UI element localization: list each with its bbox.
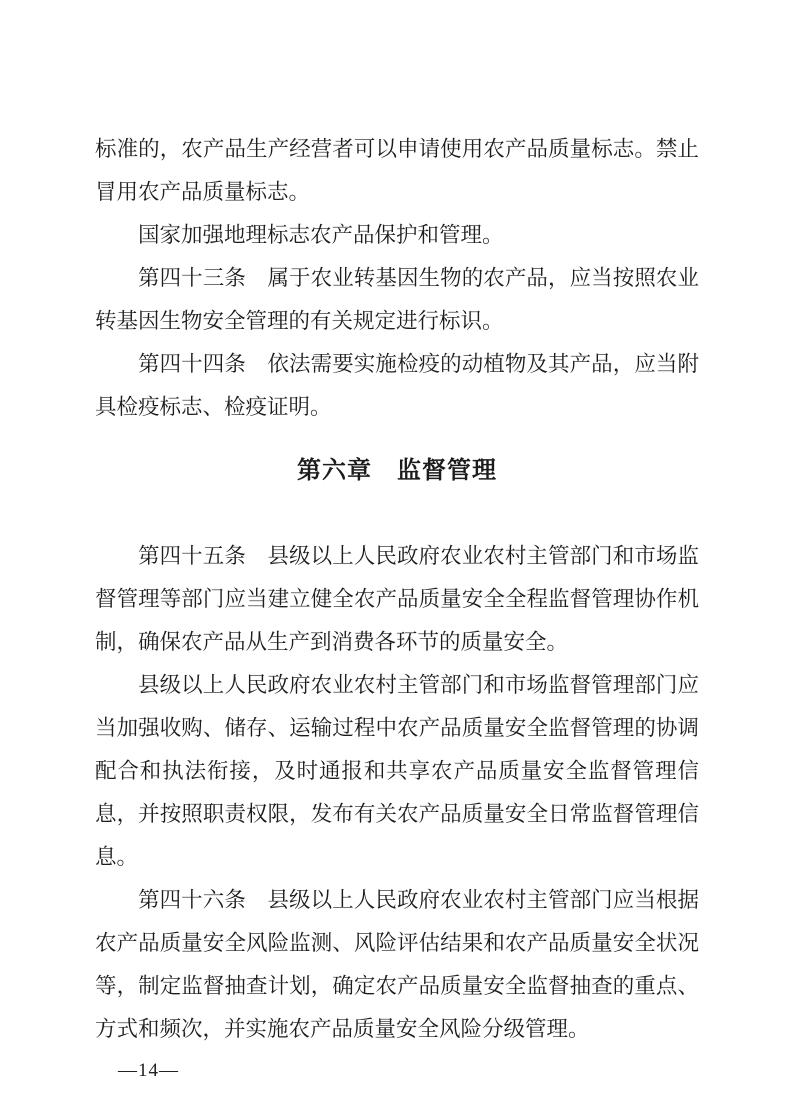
paragraph-continuation-quality-marks: 标准的，农产品生产经营者可以申请使用农产品质量标志。禁止冒用农产品质量标志。	[95, 128, 699, 214]
paragraph-article-46: 第四十六条 县级以上人民政府农业农村主管部门应当根据农产品质量安全风险监测、风险…	[95, 879, 699, 1051]
paragraph-article-43: 第四十三条 属于农业转基因生物的农产品，应当按照农业转基因生物安全管理的有关规定…	[95, 257, 699, 343]
chapter-heading: 第六章 监督管理	[95, 456, 699, 486]
page-footer: —14—	[118, 1060, 179, 1082]
paragraph-article-45: 第四十五条 县级以上人民政府农业农村主管部门和市场监督管理等部门应当建立健全农产…	[95, 535, 699, 664]
document-body: 标准的，农产品生产经营者可以申请使用农产品质量标志。禁止冒用农产品质量标志。 国…	[95, 128, 699, 1051]
paragraph-article-45-clause-2: 县级以上人民政府农业农村主管部门和市场监督管理部门应当加强收购、储存、运输过程中…	[95, 664, 699, 879]
paragraph-geographic-indication: 国家加强地理标志农产品保护和管理。	[95, 214, 699, 257]
document-page: 标准的，农产品生产经营者可以申请使用农产品质量标志。禁止冒用农产品质量标志。 国…	[0, 0, 790, 1116]
page-number: —14—	[118, 1060, 179, 1081]
paragraph-article-44: 第四十四条 依法需要实施检疫的动植物及其产品，应当附具检疫标志、检疫证明。	[95, 343, 699, 429]
